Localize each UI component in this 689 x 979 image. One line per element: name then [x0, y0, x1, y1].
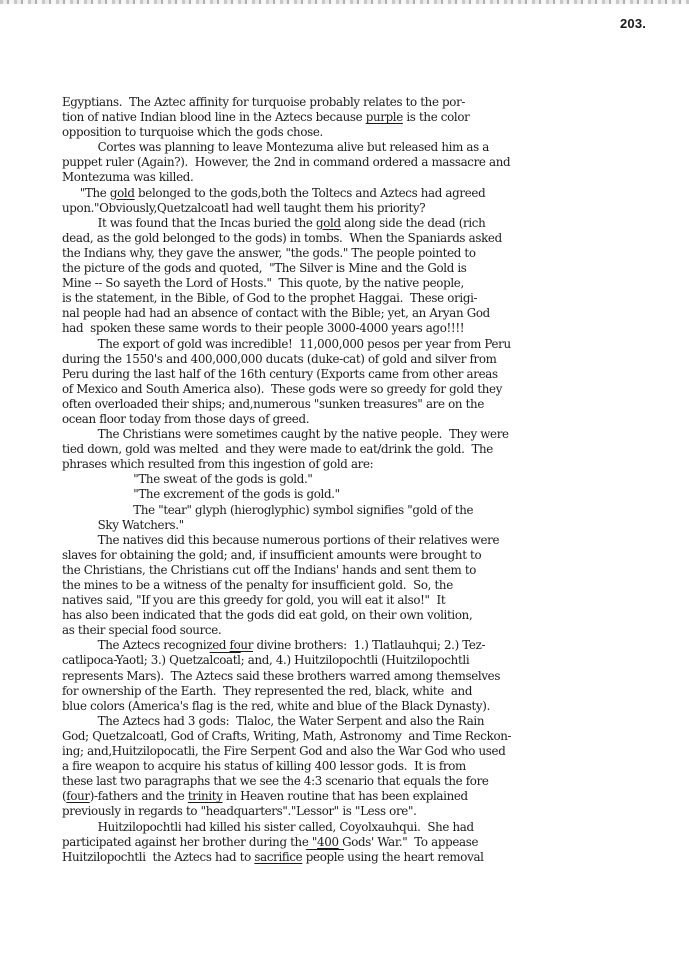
- text-line: is the statement, in the Bible, of God t…: [62, 291, 640, 306]
- text-run: puppet ruler (Again?). However, the 2nd …: [62, 155, 510, 169]
- text-run: "The: [80, 186, 110, 200]
- text-run: for ownership of the Earth. They represe…: [62, 684, 472, 698]
- text-line: God; Quetzalcoatl, God of Crafts, Writin…: [62, 729, 640, 744]
- text-line: tion of native Indian blood line in the …: [62, 110, 640, 125]
- text-run: tion of native Indian blood line in the …: [62, 110, 366, 124]
- text-run: The Aztecs recognized: [98, 638, 230, 652]
- text-line: Huitzilopochtli had killed his sister ca…: [62, 820, 640, 835]
- text-line: Sky Watchers.": [62, 518, 640, 533]
- text-line: of Mexico and South America also). These…: [62, 382, 640, 397]
- text-run: natives said, "If you are this greedy fo…: [62, 593, 445, 607]
- text-run: Sky Watchers.": [98, 518, 184, 532]
- underlined-word: 400: [317, 835, 339, 849]
- underlined-word: four: [66, 789, 89, 803]
- text-run: God; Quetzalcoatl, God of Crafts, Writin…: [62, 729, 511, 743]
- text-line: these last two paragraphs that we see th…: [62, 774, 640, 789]
- text-line: previously in regards to "headquarters".…: [62, 804, 640, 819]
- text-line: the mines to be a witness of the penalty…: [62, 578, 640, 593]
- text-line: tied down, gold was melted and they were…: [62, 442, 640, 457]
- scan-artifact-top-edge: [0, 0, 689, 4]
- text-run: divine brothers: 1.) Tlatlauhqui; 2.) Te…: [253, 638, 485, 652]
- overlined-word: lcoatl: [210, 653, 241, 667]
- text-line: "The sweat of the gods is gold.": [62, 472, 640, 487]
- text-run: Cortes was planning to leave Montezuma a…: [98, 140, 489, 154]
- text-line: Cortes was planning to leave Montezuma a…: [62, 140, 640, 155]
- text-run: slaves for obtaining the gold; and, if i…: [62, 548, 481, 562]
- text-run: during the 1550's and 400,000,000 ducats…: [62, 352, 497, 366]
- text-run: It was found that the Incas buried the: [98, 216, 316, 230]
- underlined-word: gold: [110, 186, 135, 200]
- text-line: as their special food source.: [62, 623, 640, 638]
- text-line: a fire weapon to acquire his status of k…: [62, 759, 640, 774]
- text-line: The export of gold was incredible! 11,00…: [62, 337, 640, 352]
- text-line: The Aztecs had 3 gods: Tlaloc, the Water…: [62, 714, 640, 729]
- text-run: phrases which resulted from this ingesti…: [62, 457, 373, 471]
- text-line: "The excrement of the gods is gold.": [62, 487, 640, 502]
- text-run: belonged to the gods,both the Toltecs an…: [135, 186, 486, 200]
- text-run: ing; and,Huitzilopocatli, the Fire Serpe…: [62, 744, 505, 758]
- underlined-word: sacrifice: [254, 850, 302, 864]
- text-line: often overloaded their ships; and,numero…: [62, 397, 640, 412]
- text-run: is the color: [403, 110, 470, 124]
- text-run: The natives did this because numerous po…: [98, 533, 500, 547]
- text-line: It was found that the Incas buried the g…: [62, 216, 640, 231]
- text-line: natives said, "If you are this greedy fo…: [62, 593, 640, 608]
- text-run: catlipoca-Yaotl; 3.) Quetza: [62, 653, 210, 667]
- text-run: as their special food source.: [62, 623, 221, 637]
- text-line: upon."Obviously,Quetzalcoatl had well ta…: [62, 201, 640, 216]
- text-run: has also been indicated that the gods di…: [62, 608, 472, 622]
- text-line: phrases which resulted from this ingesti…: [62, 457, 640, 472]
- text-run: the Christians, the Christians cut off t…: [62, 563, 476, 577]
- text-run: using the heart removal: [344, 850, 484, 864]
- text-run: participated against her brother during …: [62, 835, 317, 849]
- text-line: blue colors (America's flag is the red, …: [62, 699, 640, 714]
- text-run: is the statement, in the Bible, of God t…: [62, 291, 477, 305]
- text-run: "The sweat of the gods is gold.": [133, 472, 312, 486]
- text-line: puppet ruler (Again?). However, the 2nd …: [62, 155, 640, 170]
- text-run: had spoken these same words to their peo…: [62, 321, 464, 335]
- text-line: catlipoca-Yaotl; 3.) Quetzalcoatl; and, …: [62, 653, 640, 668]
- text-line: "The gold belonged to the gods,both the …: [62, 186, 640, 201]
- text-run: The "tear" glyph (hieroglyphic) symbol s…: [133, 503, 473, 517]
- text-line: Huitzilopochtli the Aztecs had to sacrif…: [62, 850, 640, 865]
- text-run: "The excrement of the gods is gold.": [133, 487, 339, 501]
- text-line: for ownership of the Earth. They represe…: [62, 684, 640, 699]
- text-line: had spoken these same words to their peo…: [62, 321, 640, 336]
- text-line: The Aztecs recognized four divine brothe…: [62, 638, 640, 653]
- text-line: Egyptians. The Aztec affinity for turquo…: [62, 95, 640, 110]
- text-run: upon."Obviously,Quetzalcoatl had well ta…: [62, 201, 425, 215]
- text-run: The Aztecs had 3 gods: Tlaloc, the Water…: [98, 714, 485, 728]
- text-line: during the 1550's and 400,000,000 ducats…: [62, 352, 640, 367]
- text-run: The Christians were sometimes caught by …: [98, 427, 509, 441]
- text-line: participated against her brother during …: [62, 835, 640, 850]
- text-run: nal people had had an absence of contact…: [62, 306, 490, 320]
- text-run: of Mexico and South America also). These…: [62, 382, 502, 396]
- text-line: The natives did this because numerous po…: [62, 533, 640, 548]
- text-line: the Indians why, they gave the answer, "…: [62, 246, 640, 261]
- text-run: Peru during the last half of the 16th ce…: [62, 367, 498, 381]
- underlined-word: four: [230, 638, 253, 652]
- page-number: 203.: [620, 16, 646, 31]
- text-run: these last two paragraphs that we see th…: [62, 774, 489, 788]
- text-line: Mine -- So sayeth the Lord of Hosts." Th…: [62, 276, 640, 291]
- text-line: ocean floor today from those days of gre…: [62, 412, 640, 427]
- underlined-word: gold: [316, 216, 341, 230]
- text-line: Peru during the last half of the 16th ce…: [62, 367, 640, 382]
- text-run: ocean floor today from those days of gre…: [62, 412, 309, 426]
- text-run: blue colors (America's flag is the red, …: [62, 699, 490, 713]
- text-line: the Christians, the Christians cut off t…: [62, 563, 640, 578]
- text-run: Mine -- So sayeth the Lord of Hosts." Th…: [62, 276, 464, 290]
- text-line: The "tear" glyph (hieroglyphic) symbol s…: [62, 503, 640, 518]
- text-run: tied down, gold was melted and they were…: [62, 442, 493, 456]
- text-line: (four)-fathers and the trinity in Heaven…: [62, 789, 640, 804]
- text-line: The Christians were sometimes caught by …: [62, 427, 640, 442]
- text-run: ; and, 4.) Huitzilopochtli (Huitzilopoch…: [241, 653, 470, 667]
- text-run: previously in regards to "headquarters".…: [62, 804, 417, 818]
- text-line: dead, as the gold belonged to the gods) …: [62, 231, 640, 246]
- text-line: ing; and,Huitzilopocatli, the Fire Serpe…: [62, 744, 640, 759]
- text-run: dead, as the gold belonged to the gods) …: [62, 231, 502, 245]
- text-line: opposition to turquoise which the gods c…: [62, 125, 640, 140]
- document-body-text: Egyptians. The Aztec affinity for turquo…: [62, 95, 662, 865]
- text-run: Huitzilopochtli had killed his sister ca…: [98, 820, 474, 834]
- text-line: represents Mars). The Aztecs said these …: [62, 669, 640, 684]
- text-run: the picture of the gods and quoted, "The…: [62, 261, 467, 275]
- text-line: the picture of the gods and quoted, "The…: [62, 261, 640, 276]
- text-line: nal people had had an absence of contact…: [62, 306, 640, 321]
- text-run: the mines to be a witness of the penalty…: [62, 578, 453, 592]
- text-run: )-fathers and the: [90, 789, 188, 803]
- underlined-word: trinity: [188, 789, 223, 803]
- text-line: Montezuma was killed.: [62, 170, 640, 185]
- text-run: a fire weapon to acquire his status of k…: [62, 759, 466, 773]
- text-run: Egyptians. The Aztec affinity for turquo…: [62, 95, 465, 109]
- text-run: Huitzilopochtli the Aztecs had to: [62, 850, 254, 864]
- text-line: has also been indicated that the gods di…: [62, 608, 640, 623]
- underlined-word: purple: [366, 110, 403, 124]
- text-run: the Indians why, they gave the answer, "…: [62, 246, 476, 260]
- text-run: opposition to turquoise which the gods c…: [62, 125, 323, 139]
- text-run: along side the dead (rich: [341, 216, 486, 230]
- text-run: Montezuma was killed.: [62, 170, 193, 184]
- text-run: represents Mars). The Aztecs said these …: [62, 669, 500, 683]
- text-run: often overloaded their ships; and,numero…: [62, 397, 484, 411]
- text-line: slaves for obtaining the gold; and, if i…: [62, 548, 640, 563]
- overlined-word: people: [306, 850, 344, 864]
- text-run: Gods' War." To appease: [339, 835, 478, 849]
- text-run: The export of gold was incredible! 11,00…: [98, 337, 511, 351]
- text-run: in Heaven routine that has been explaine…: [223, 789, 468, 803]
